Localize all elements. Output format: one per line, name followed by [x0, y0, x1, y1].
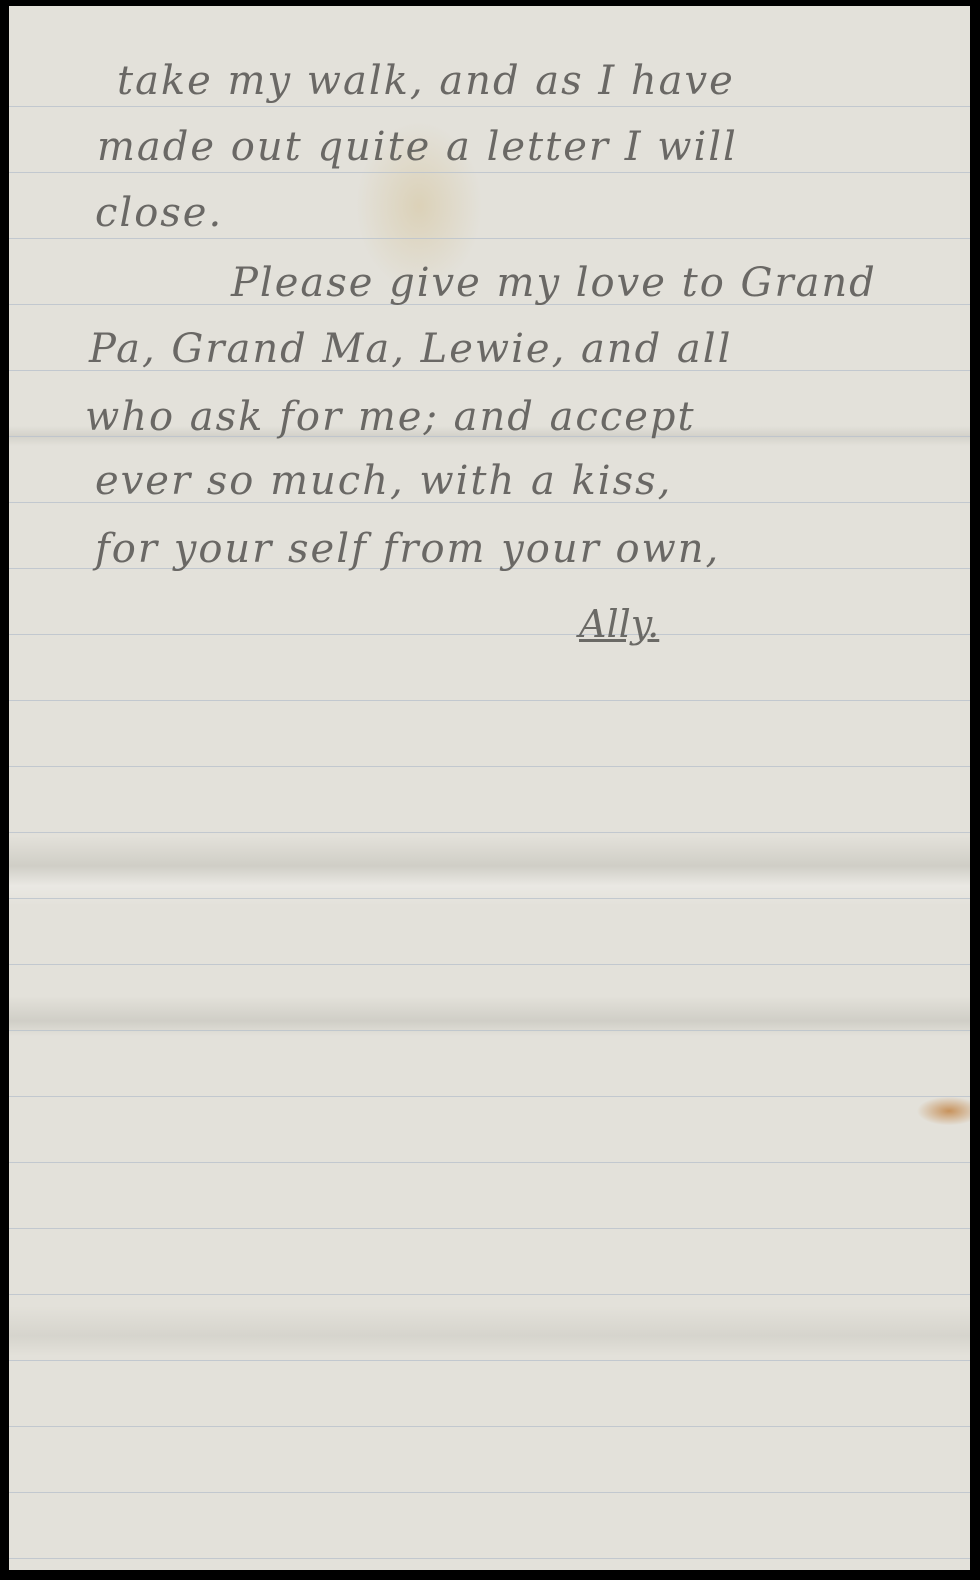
letter-line-5: Pa, Grand Ma, Lewie, and all [89, 326, 732, 372]
letter-page: take my walk, and as I have made out qui… [9, 6, 970, 1570]
ruled-line [9, 832, 970, 833]
ruled-line [9, 1558, 970, 1559]
ruled-line [9, 1030, 970, 1031]
letter-line-8: for your self from your own, [95, 526, 720, 572]
ruled-line [9, 1096, 970, 1097]
ruled-line [9, 700, 970, 701]
letter-line-6: who ask for me; and accept [85, 394, 696, 440]
ruled-line [9, 964, 970, 965]
letter-line-4: Please give my love to Grand [231, 260, 877, 306]
ruled-line [9, 766, 970, 767]
ruled-line [9, 1162, 970, 1163]
ruled-line [9, 172, 970, 173]
ruled-line [9, 898, 970, 899]
ruled-line [9, 1360, 970, 1361]
letter-line-3: close. [95, 190, 223, 236]
ruled-line [9, 1426, 970, 1427]
letter-line-2: made out quite a letter I will [97, 124, 738, 170]
letter-line-1: take my walk, and as I have [117, 58, 735, 104]
ruled-line [9, 1492, 970, 1493]
signature: Ally. [579, 602, 659, 646]
letter-line-7: ever so much, with a kiss, [95, 458, 672, 504]
ruled-line [9, 1228, 970, 1229]
ruled-line [9, 106, 970, 107]
ruled-line [9, 238, 970, 239]
ruled-line [9, 634, 970, 635]
ruled-line [9, 1294, 970, 1295]
